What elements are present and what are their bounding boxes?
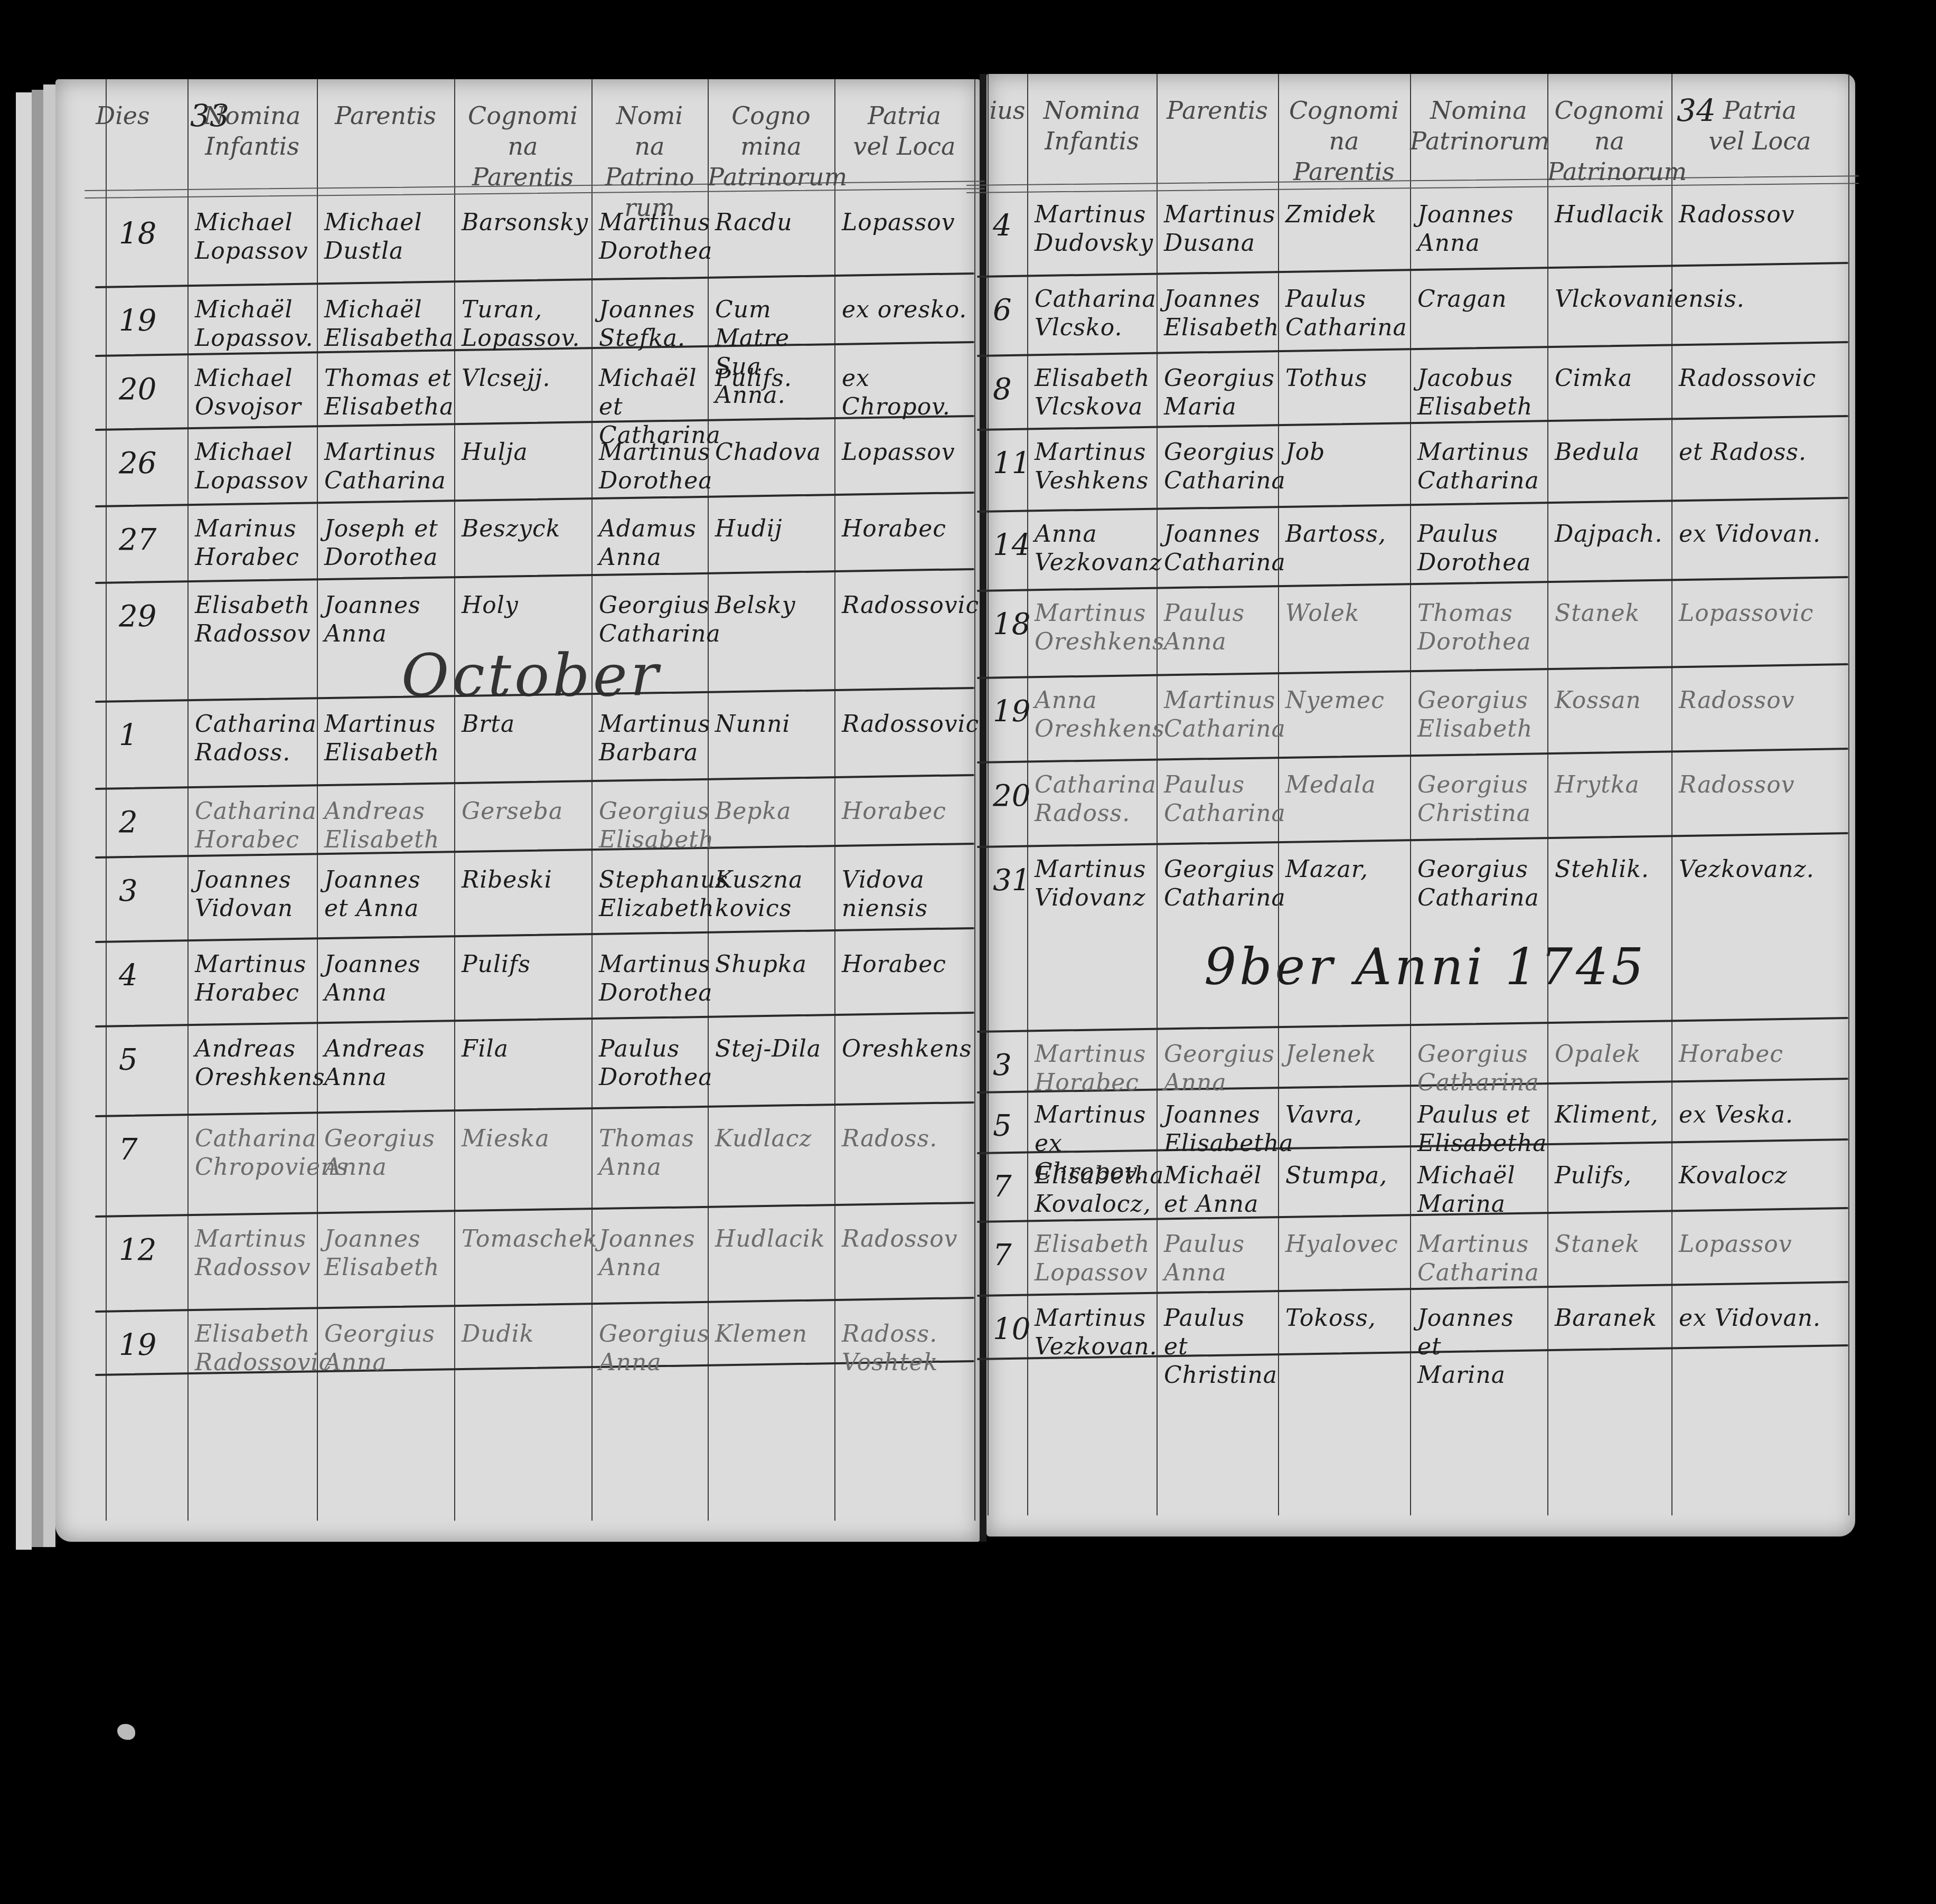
entry-cognomen: Hulja <box>462 438 589 467</box>
entry-infantis: Elisabeth Lopassov <box>1035 1230 1154 1287</box>
entry-patria: Horabec <box>1679 1040 1846 1069</box>
entry-patrini-cognomen: Dajpach. <box>1555 520 1669 549</box>
entry-infantis: Elisabeth Vlcskova <box>1035 364 1154 421</box>
entry-parentes: Joannes et Anna <box>324 866 452 923</box>
entry-cognomen: Jelenek <box>1285 1040 1408 1069</box>
entry-infantis: Martinus Veshkens <box>1035 438 1154 495</box>
entry-patrini: Stephanus Elizabeth <box>599 866 706 923</box>
entry-infantis: Anna Oreshkens <box>1035 686 1154 743</box>
entry-patrini: Thomas Dorothea <box>1417 599 1545 656</box>
entry-cognomen: Nyemec <box>1285 686 1408 715</box>
entry-patrini: Jacobus Elisabeth <box>1417 364 1545 421</box>
column-rule <box>1848 74 1849 1515</box>
entry-patrini: Michaël Marina <box>1417 1162 1545 1219</box>
entry-parentes: Georgius Anna <box>324 1320 452 1377</box>
entry-parentes: Georgius Maria <box>1164 364 1276 421</box>
entry-patria: ex oresko. <box>842 296 972 324</box>
entry-cognomen: Brta <box>462 710 589 739</box>
column-rule <box>988 74 989 1515</box>
entry-patrini: Joannes Anna <box>599 1225 706 1282</box>
entry-cognomen: Medala <box>1285 771 1408 799</box>
entry-cognomen: Job <box>1285 438 1408 467</box>
entry-patrini: Thomas Anna <box>599 1125 706 1182</box>
entry-infantis: Martinus Dudovsky <box>1035 201 1154 258</box>
entry-infantis: Catharina Radoss. <box>195 710 315 767</box>
entry-patria: Lopassovic <box>1679 599 1846 628</box>
entry-day: 19 <box>993 694 1030 729</box>
entry-infantis: Michael Osvojsor <box>195 364 315 421</box>
column-header-patrini_nomina: Nomi na Patrino rum <box>591 100 708 223</box>
entry-patrini: Michaël et Catharina <box>599 364 706 450</box>
entry-patrini-cognomen: Bedula <box>1555 438 1669 467</box>
entry-cognomen: Paulus Catharina <box>1285 285 1408 342</box>
entry-infantis: Joannes Vidovan <box>195 866 315 923</box>
entry-patrini-cognomen: Nunni <box>715 710 832 739</box>
entry-patria: Horabec <box>842 515 972 543</box>
entry-day: 18 <box>993 607 1030 642</box>
entry-cognomen: Wolek <box>1285 599 1408 628</box>
column-header-infantis: Nomina Infantis <box>187 100 317 162</box>
entry-patrini: Joannes Anna <box>1417 201 1545 258</box>
column-rule <box>1278 74 1279 1515</box>
entry-infantis: Elisabeth Radossov <box>195 591 315 648</box>
entry-patrini: Paulus et Elisabetha <box>1417 1101 1545 1158</box>
entry-day: 27 <box>119 523 156 557</box>
entry-cognomen: Stumpa, <box>1285 1162 1408 1190</box>
entry-patria: Horabec <box>842 797 972 826</box>
entry-infantis: Catharina Radoss. <box>1035 771 1154 828</box>
entry-day: 26 <box>119 446 156 480</box>
entry-patria: Radossov <box>842 1225 972 1253</box>
month-heading-november-1745: 9ber Anni 1745 <box>1204 937 1647 996</box>
entry-parentes: Martinus Catharina <box>324 438 452 495</box>
entry-patrini-cognomen: Hudlacik <box>715 1225 832 1253</box>
entry-patria: et Radoss. <box>1679 438 1846 467</box>
entry-parentes: Georgius Anna <box>324 1125 452 1182</box>
entry-cognomen: Ribeski <box>462 866 589 894</box>
column-header-dies: ius <box>988 95 1027 126</box>
entry-patrini-cognomen: Hrytka <box>1555 771 1669 799</box>
entry-day: 12 <box>119 1233 156 1267</box>
entry-infantis: Catharina Horabec <box>195 797 315 854</box>
entry-infantis: Marinus Horabec <box>195 515 315 572</box>
entry-day: 4 <box>993 209 1012 243</box>
entry-parentes: Martinus Dusana <box>1164 201 1276 258</box>
entry-patrini-cognomen: Hudlacik <box>1555 201 1669 229</box>
entry-patria: Vezkovanz. <box>1679 855 1846 884</box>
dust-speck <box>117 1724 135 1740</box>
entry-patria: Oreshkens <box>842 1035 972 1063</box>
entry-infantis: Martinus Vidovanz <box>1035 855 1154 912</box>
page-stack-edge <box>43 84 55 1547</box>
entry-patria: Radossovic <box>842 591 972 620</box>
entry-patrini-cognomen: Klemen <box>715 1320 832 1349</box>
entry-patria: Lopassov <box>842 209 972 237</box>
entry-infantis: Martinus Horabec <box>195 950 315 1007</box>
entry-day: 7 <box>993 1238 1012 1273</box>
entry-patrini: Paulus Dorothea <box>1417 520 1545 577</box>
entry-cognomen: Pulifs <box>462 950 589 979</box>
entry-cognomen: Gerseba <box>462 797 589 826</box>
entry-patrini-cognomen: Baranek <box>1555 1304 1669 1333</box>
entry-patrini-cognomen: Kliment, <box>1555 1101 1669 1129</box>
entry-patrini-cognomen: Stej-Dila <box>715 1035 832 1063</box>
entry-parentes: Michaël Elisabetha <box>324 296 452 353</box>
entry-patrini: Cragan <box>1417 285 1545 314</box>
entry-cognomen: Zmidek <box>1285 201 1408 229</box>
column-rule <box>187 79 189 1521</box>
entry-patrini-cognomen: Pulifs, <box>1555 1162 1669 1190</box>
entry-day: 18 <box>119 216 156 251</box>
entry-parentes: Joannes Elisabeth <box>324 1225 452 1282</box>
entry-parentes: Michael Dustla <box>324 209 452 266</box>
entry-parentes: Paulus Anna <box>1164 1230 1276 1287</box>
entry-parentes: Joannes Elisabetha <box>1164 1101 1276 1158</box>
entry-patrini-cognomen: Stanek <box>1555 1230 1669 1259</box>
entry-day: 5 <box>993 1109 1012 1143</box>
entry-patria: ex Veska. <box>1679 1101 1846 1129</box>
column-rule <box>1157 74 1158 1515</box>
entry-day: 10 <box>993 1312 1030 1346</box>
entry-day: 20 <box>993 779 1030 813</box>
entry-patrini-cognomen: Stehlik. <box>1555 855 1669 884</box>
entry-cognomen: Dudik <box>462 1320 589 1349</box>
entry-cognomen: Fila <box>462 1035 589 1063</box>
entry-patrini: Martinus Dorothea <box>599 438 706 495</box>
entry-patria: Radossov <box>1679 201 1846 229</box>
entry-patria: Lopassov <box>1679 1230 1846 1259</box>
entry-cognomen: Hyalovec <box>1285 1230 1408 1259</box>
entry-infantis: Martinus Horabec <box>1035 1040 1154 1097</box>
entry-day: 19 <box>119 1328 156 1362</box>
entry-patria: Horabec <box>842 950 972 979</box>
entry-parentes: Paulus et Christina <box>1164 1304 1276 1390</box>
entry-patrini-cognomen: Hudij <box>715 515 832 543</box>
entry-parentes: Martinus Elisabeth <box>324 710 452 767</box>
entry-parentes: Martinus Catharina <box>1164 686 1276 743</box>
entry-patria: Radossovic <box>842 710 972 739</box>
column-rule <box>317 79 318 1521</box>
entry-cognomen: Barsonsky <box>462 209 589 237</box>
column-header-patria: Patria vel Loca <box>834 100 974 162</box>
entry-day: 3 <box>993 1048 1012 1082</box>
entry-parentes: Joannes Elisabeth <box>1164 285 1276 342</box>
column-rule <box>1410 74 1411 1515</box>
column-rule <box>1547 74 1548 1515</box>
entry-day: 6 <box>993 293 1012 327</box>
entry-infantis: Elisabeth Radossovic <box>195 1320 315 1377</box>
column-rule <box>974 79 975 1521</box>
entry-infantis: Michael Lopassov <box>195 438 315 495</box>
entry-patrini-cognomen: Belsky <box>715 591 832 620</box>
entry-patria: Lopassov <box>842 438 972 467</box>
entry-infantis: Michaël Lopassov. <box>195 296 315 353</box>
entry-patrini: Martinus Dorothea <box>599 950 706 1007</box>
entry-parentes: Joannes Anna <box>324 950 452 1007</box>
entry-patria: ex Vidovan. <box>1679 1304 1846 1333</box>
entry-day: 20 <box>119 372 156 407</box>
entry-patria: Radossovic <box>1679 364 1846 393</box>
entry-day: 4 <box>119 958 138 993</box>
entry-day: 11 <box>993 446 1030 480</box>
entry-cognomen: Tothus <box>1285 364 1408 393</box>
entry-infantis: Michael Lopassov <box>195 209 315 266</box>
entry-patrini-cognomen: Stanek <box>1555 599 1669 628</box>
entry-patria: Radoss. Voshtek <box>842 1320 972 1377</box>
entry-patria: Radossov <box>1679 771 1846 799</box>
entry-day: 8 <box>993 372 1012 407</box>
entry-patrini-cognomen: Opalek <box>1555 1040 1669 1069</box>
entry-day: 3 <box>119 874 138 908</box>
entry-patria: ex Vidovan. <box>1679 520 1846 549</box>
entry-cognomen: Bartoss, <box>1285 520 1408 549</box>
entry-patrini: Adamus Anna <box>599 515 706 572</box>
entry-patrini-cognomen: Kudlacz <box>715 1125 832 1153</box>
entry-cognomen: Vlcsejj. <box>462 364 589 393</box>
entry-cognomen: Tokoss, <box>1285 1304 1408 1333</box>
entry-cognomen: Beszyck <box>462 515 589 543</box>
entry-patrini: Martinus Catharina <box>1417 438 1545 495</box>
entry-day: 31 <box>993 863 1030 898</box>
entry-patrini: Georgius Catharina <box>599 591 706 648</box>
entry-patria: Kovalocz <box>1679 1162 1846 1190</box>
entry-patria: ex Chropov. <box>842 364 972 421</box>
entry-infantis: Martinus Radossov <box>195 1225 315 1282</box>
entry-day: 7 <box>119 1133 138 1167</box>
entry-parentes: Paulus Anna <box>1164 599 1276 656</box>
entry-patrini-cognomen: Kuszna kovics <box>715 866 832 923</box>
column-header-parentes_nomina: Parentis <box>1157 95 1278 126</box>
column-header-patrini_cognomina: Cognomi na Patrinorum <box>1547 95 1671 187</box>
entry-patria: Radoss. <box>842 1125 972 1153</box>
entry-patrini: Georgius Elisabeth <box>1417 686 1545 743</box>
column-rule <box>834 79 835 1521</box>
entry-infantis: Anna Vezkovanz <box>1035 520 1154 577</box>
entry-patria: Radossov <box>1679 686 1846 715</box>
column-rule <box>106 79 107 1521</box>
column-header-infantis: Nomina Infantis <box>1027 95 1157 156</box>
entry-patrini: Martinus Barbara <box>599 710 706 767</box>
entry-patrini: Georgius Catharina <box>1417 855 1545 912</box>
entry-patrini-cognomen: Vlckovaniensis. <box>1555 285 1669 314</box>
entry-cognomen: Turan, Lopassov. <box>462 296 589 353</box>
entry-infantis: Martinus Vezkovan. <box>1035 1304 1154 1361</box>
entry-patrini-cognomen: Kossan <box>1555 686 1669 715</box>
entry-parentes: Georgius Catharina <box>1164 855 1276 912</box>
entry-patrini: Martinus Dorothea <box>599 209 706 266</box>
entry-patrini-cognomen: Racdu <box>715 209 832 237</box>
column-header-parentes_nomina: Parentis <box>317 100 454 131</box>
entry-patrini-cognomen: Cimka <box>1555 364 1669 393</box>
column-header-parentes_cognomina: Cognomi na Parentis <box>454 100 591 192</box>
entry-parentes: Joannes Anna <box>324 591 452 648</box>
entry-day: 19 <box>119 304 156 338</box>
entry-cognomen: Tomaschek <box>462 1225 589 1253</box>
entry-patrini: Georgius Christina <box>1417 771 1545 828</box>
entry-cognomen: Holy <box>462 591 589 620</box>
entry-patrini: Georgius Catharina <box>1417 1040 1545 1097</box>
entry-infantis: Catharina Vlcsko. <box>1035 285 1154 342</box>
column-header-dies: Dies <box>58 100 187 131</box>
entry-cognomen: Mazar, <box>1285 855 1408 884</box>
column-header-patrini_cognomina: Cogno mina Patrinorum <box>708 100 834 192</box>
page-stack-edge <box>32 90 43 1547</box>
entry-day: 7 <box>993 1170 1012 1204</box>
column-header-patria: Patria vel Loca <box>1671 95 1848 156</box>
entry-patrini-cognomen: Chadova <box>715 438 832 467</box>
entry-parentes: Joannes Catharina <box>1164 520 1276 577</box>
entry-patria: Vidova niensis <box>842 866 972 923</box>
entry-infantis: Catharina Chropoviens <box>195 1125 315 1182</box>
entry-parentes: Paulus Catharina <box>1164 771 1276 828</box>
entry-day: 5 <box>119 1043 138 1077</box>
entry-parentes: Michaël et Anna <box>1164 1162 1276 1219</box>
entry-cognomen: Vavra, <box>1285 1101 1408 1129</box>
entry-infantis: Andreas Oreshkens <box>195 1035 315 1092</box>
column-header-parentes_cognomina: Cognomi na Parentis <box>1278 95 1410 187</box>
entry-patrini: Georgius Elisabeth <box>599 797 706 854</box>
entry-parentes: Georgius Catharina <box>1164 438 1276 495</box>
entry-parentes: Andreas Anna <box>324 1035 452 1092</box>
entry-patrini: Martinus Catharina <box>1417 1230 1545 1287</box>
entry-patrini: Joannes Stefka. <box>599 296 706 353</box>
entry-day: 2 <box>119 805 138 840</box>
entry-patrini-cognomen: Pulifs. <box>715 364 832 393</box>
entry-parentes: Thomas et Elisabetha <box>324 364 452 421</box>
entry-infantis: Martinus Oreshkens <box>1035 599 1154 656</box>
month-heading-october: October <box>401 642 661 709</box>
entry-parentes: Joseph et Dorothea <box>324 515 452 572</box>
entry-day: 1 <box>119 718 138 752</box>
entry-cognomen: Mieska <box>462 1125 589 1153</box>
entry-infantis: Elisabetha Kovalocz, <box>1035 1162 1154 1219</box>
entry-patrini-cognomen: Bepka <box>715 797 832 826</box>
page-stack-edge <box>16 92 32 1550</box>
entry-patrini: Joannes et Marina <box>1417 1304 1545 1390</box>
entry-parentes: Georgius Anna <box>1164 1040 1276 1097</box>
column-header-patrini_nomina: Nomina Patrinorum <box>1410 95 1547 156</box>
entry-parentes: Andreas Elisabeth <box>324 797 452 854</box>
entry-day: 29 <box>119 599 156 634</box>
entry-patrini: Georgius Anna <box>599 1320 706 1377</box>
entry-patrini: Paulus Dorothea <box>599 1035 706 1092</box>
book-spine <box>980 74 986 1542</box>
entry-patrini-cognomen: Shupka <box>715 950 832 979</box>
entry-day: 14 <box>993 528 1030 562</box>
